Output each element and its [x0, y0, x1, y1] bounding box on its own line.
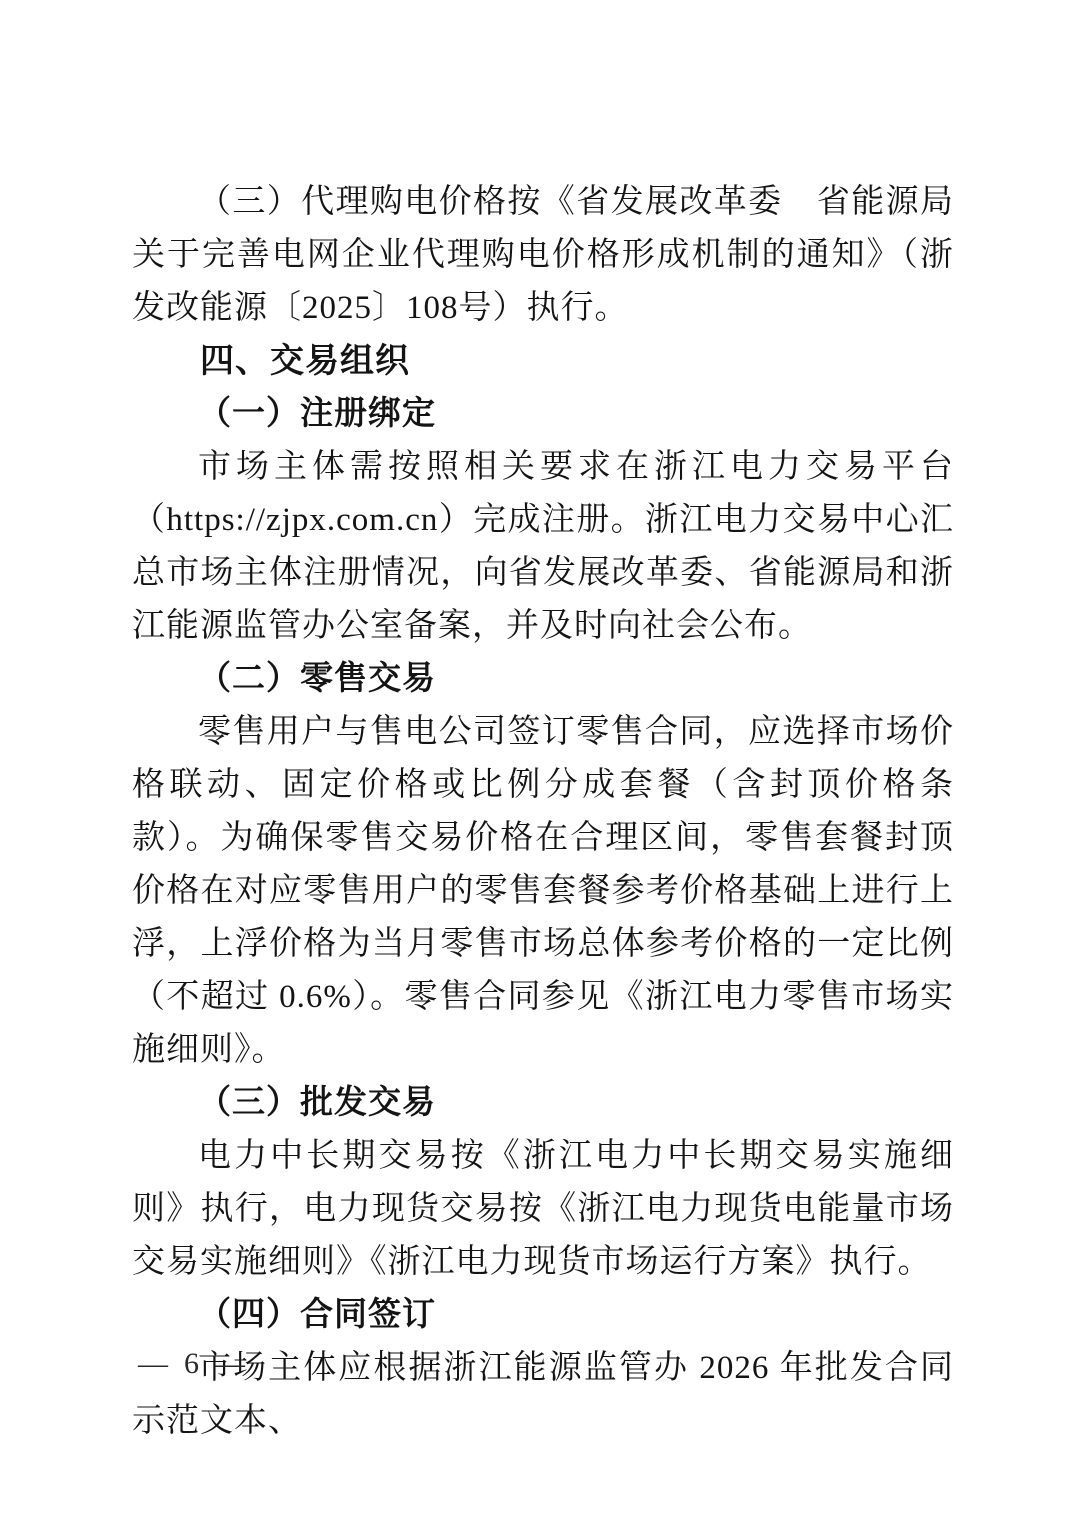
page-number: 6 — [184, 1344, 199, 1384]
paragraph-retail-trading: 零售用户与售电公司签订零售合同，应选择市场价格联动、固定价格或比例分成套餐（含封… — [132, 706, 954, 1077]
subsection-heading-registration-binding: （一）注册绑定 — [132, 388, 954, 441]
footer-left-dash: — — [138, 1344, 168, 1384]
document-body: （三）代理购电价格按《省发展改革委 省能源局关于完善电网企业代理购电价格形成机制… — [132, 176, 954, 1448]
page-footer: — 6 — — [138, 1344, 245, 1384]
subsection-heading-contract-signing: （四）合同签订 — [132, 1289, 954, 1342]
paragraph-wholesale-trading: 电力中长期交易按《浙江电力中长期交易实施细则》执行，电力现货交易按《浙江电力现货… — [132, 1130, 954, 1289]
paragraph-item3-price: （三）代理购电价格按《省发展改革委 省能源局关于完善电网企业代理购电价格形成机制… — [132, 176, 954, 335]
paragraph-registration: 市场主体需按照相关要求在浙江电力交易平台（https://zjpx.com.cn… — [132, 441, 954, 653]
section-heading-trade-organization: 四、交易组织 — [132, 335, 954, 388]
footer-right-dash: — — [215, 1344, 245, 1384]
paragraph-contract-signing: 市场主体应根据浙江能源监管办 2026 年批发合同示范文本、 — [132, 1342, 954, 1448]
subsection-heading-wholesale-trading: （三）批发交易 — [132, 1077, 954, 1130]
document-page: （三）代理购电价格按《省发展改革委 省能源局关于完善电网企业代理购电价格形成机制… — [0, 0, 1080, 1527]
subsection-heading-retail-trading: （二）零售交易 — [132, 653, 954, 706]
